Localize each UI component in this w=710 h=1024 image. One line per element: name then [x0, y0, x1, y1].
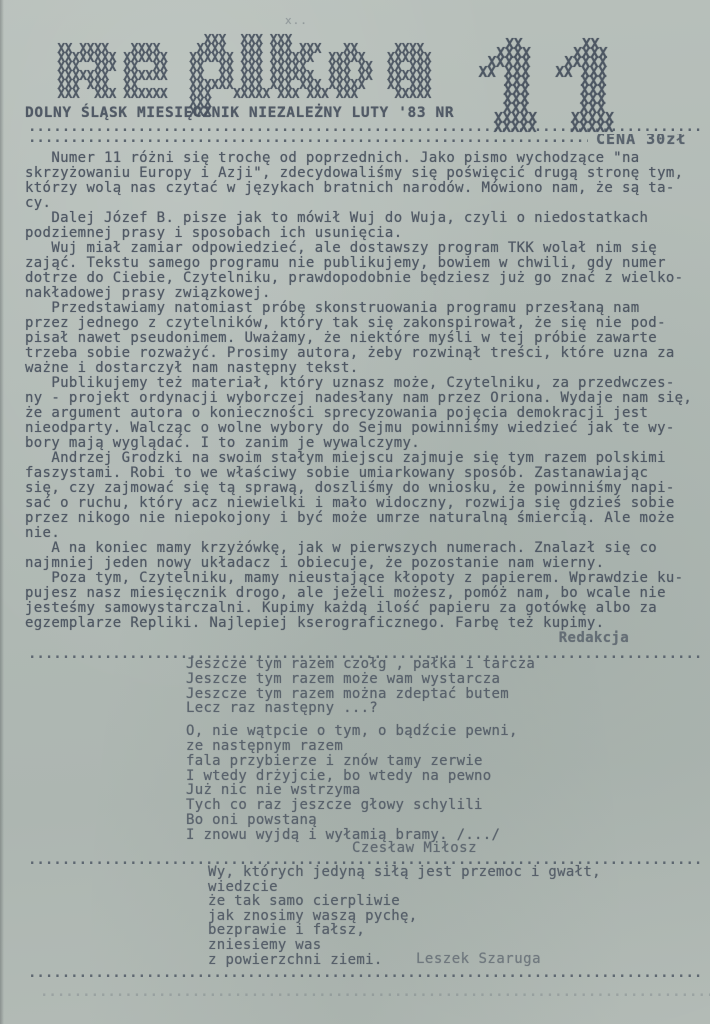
scan-smudge: x..: [285, 14, 308, 27]
price-label: CENA 30zł: [596, 134, 686, 146]
document-page: x.. XXX XXX XXX XX XXXX XXXX XXXX XXX XX…: [0, 0, 710, 1024]
header-dots-price-row: ........................................…: [28, 134, 702, 146]
editorial-paragraph: Przedstawiamy natomiast próbę skonstruow…: [25, 301, 707, 376]
dots-line: ........................................…: [40, 988, 710, 996]
editorial-paragraph: Dalej Józef B. pisze jak to mówił Wuj do…: [25, 211, 707, 241]
issue-number-art: XX XX XXXX XXXX XXXXX XXXXX XX XXX XX XX…: [476, 40, 616, 132]
dots-line: ........................................…: [28, 134, 588, 146]
poem-milosz: Jeszcze tym razem czołg , pałka i tarcza…: [186, 657, 535, 843]
masthead-tagline: DOLNY ŚLĄSK MIESIĘCZNIK NIEZALEŻNY LUTY …: [25, 105, 454, 121]
editorial-paragraph: Publikujemy też materiał, który uznasz m…: [25, 376, 707, 451]
editorial-paragraph: Andrzej Grodzki na swoim stałym miejscu …: [25, 451, 707, 541]
poem-stanza: Jeszcze tym razem czołg , pałka i tarcza…: [186, 657, 535, 716]
poem-stanza: Wy, których jedyną siłą jest przemoc i g…: [208, 865, 601, 967]
ghost-separator: ........................................…: [40, 988, 710, 1000]
dots-line: ........................................…: [28, 856, 702, 864]
poem-stanza: O, nie wątpcie o tym, o bądźcie pewni, z…: [186, 724, 535, 842]
poem-author-milosz: Czesław Miłosz: [352, 840, 477, 856]
editorial-signature: Redakcja: [25, 631, 707, 646]
dots-line: ........................................…: [28, 969, 702, 977]
editorial-body: Numer 11 różni się trochę od poprzednich…: [25, 151, 707, 646]
editorial-paragraph: Wuj miał zamiar odpowiedzieć, ale dostaw…: [25, 241, 707, 301]
dots-line: ........................................…: [28, 123, 702, 131]
poem-szaruga: Wy, których jedyną siłą jest przemoc i g…: [208, 865, 601, 967]
editorial-paragraph: A na koniec mamy krzyżówkę, jak w pierws…: [25, 541, 707, 571]
editorial-paragraph: Poza tym, Czytelniku, mamy nieustające k…: [25, 571, 707, 631]
poem-author-szaruga: Leszek Szaruga: [416, 951, 541, 967]
section-separator: ........................................…: [28, 969, 702, 981]
editorial-paragraph: Numer 11 różni się trochę od poprzednich…: [25, 151, 707, 211]
